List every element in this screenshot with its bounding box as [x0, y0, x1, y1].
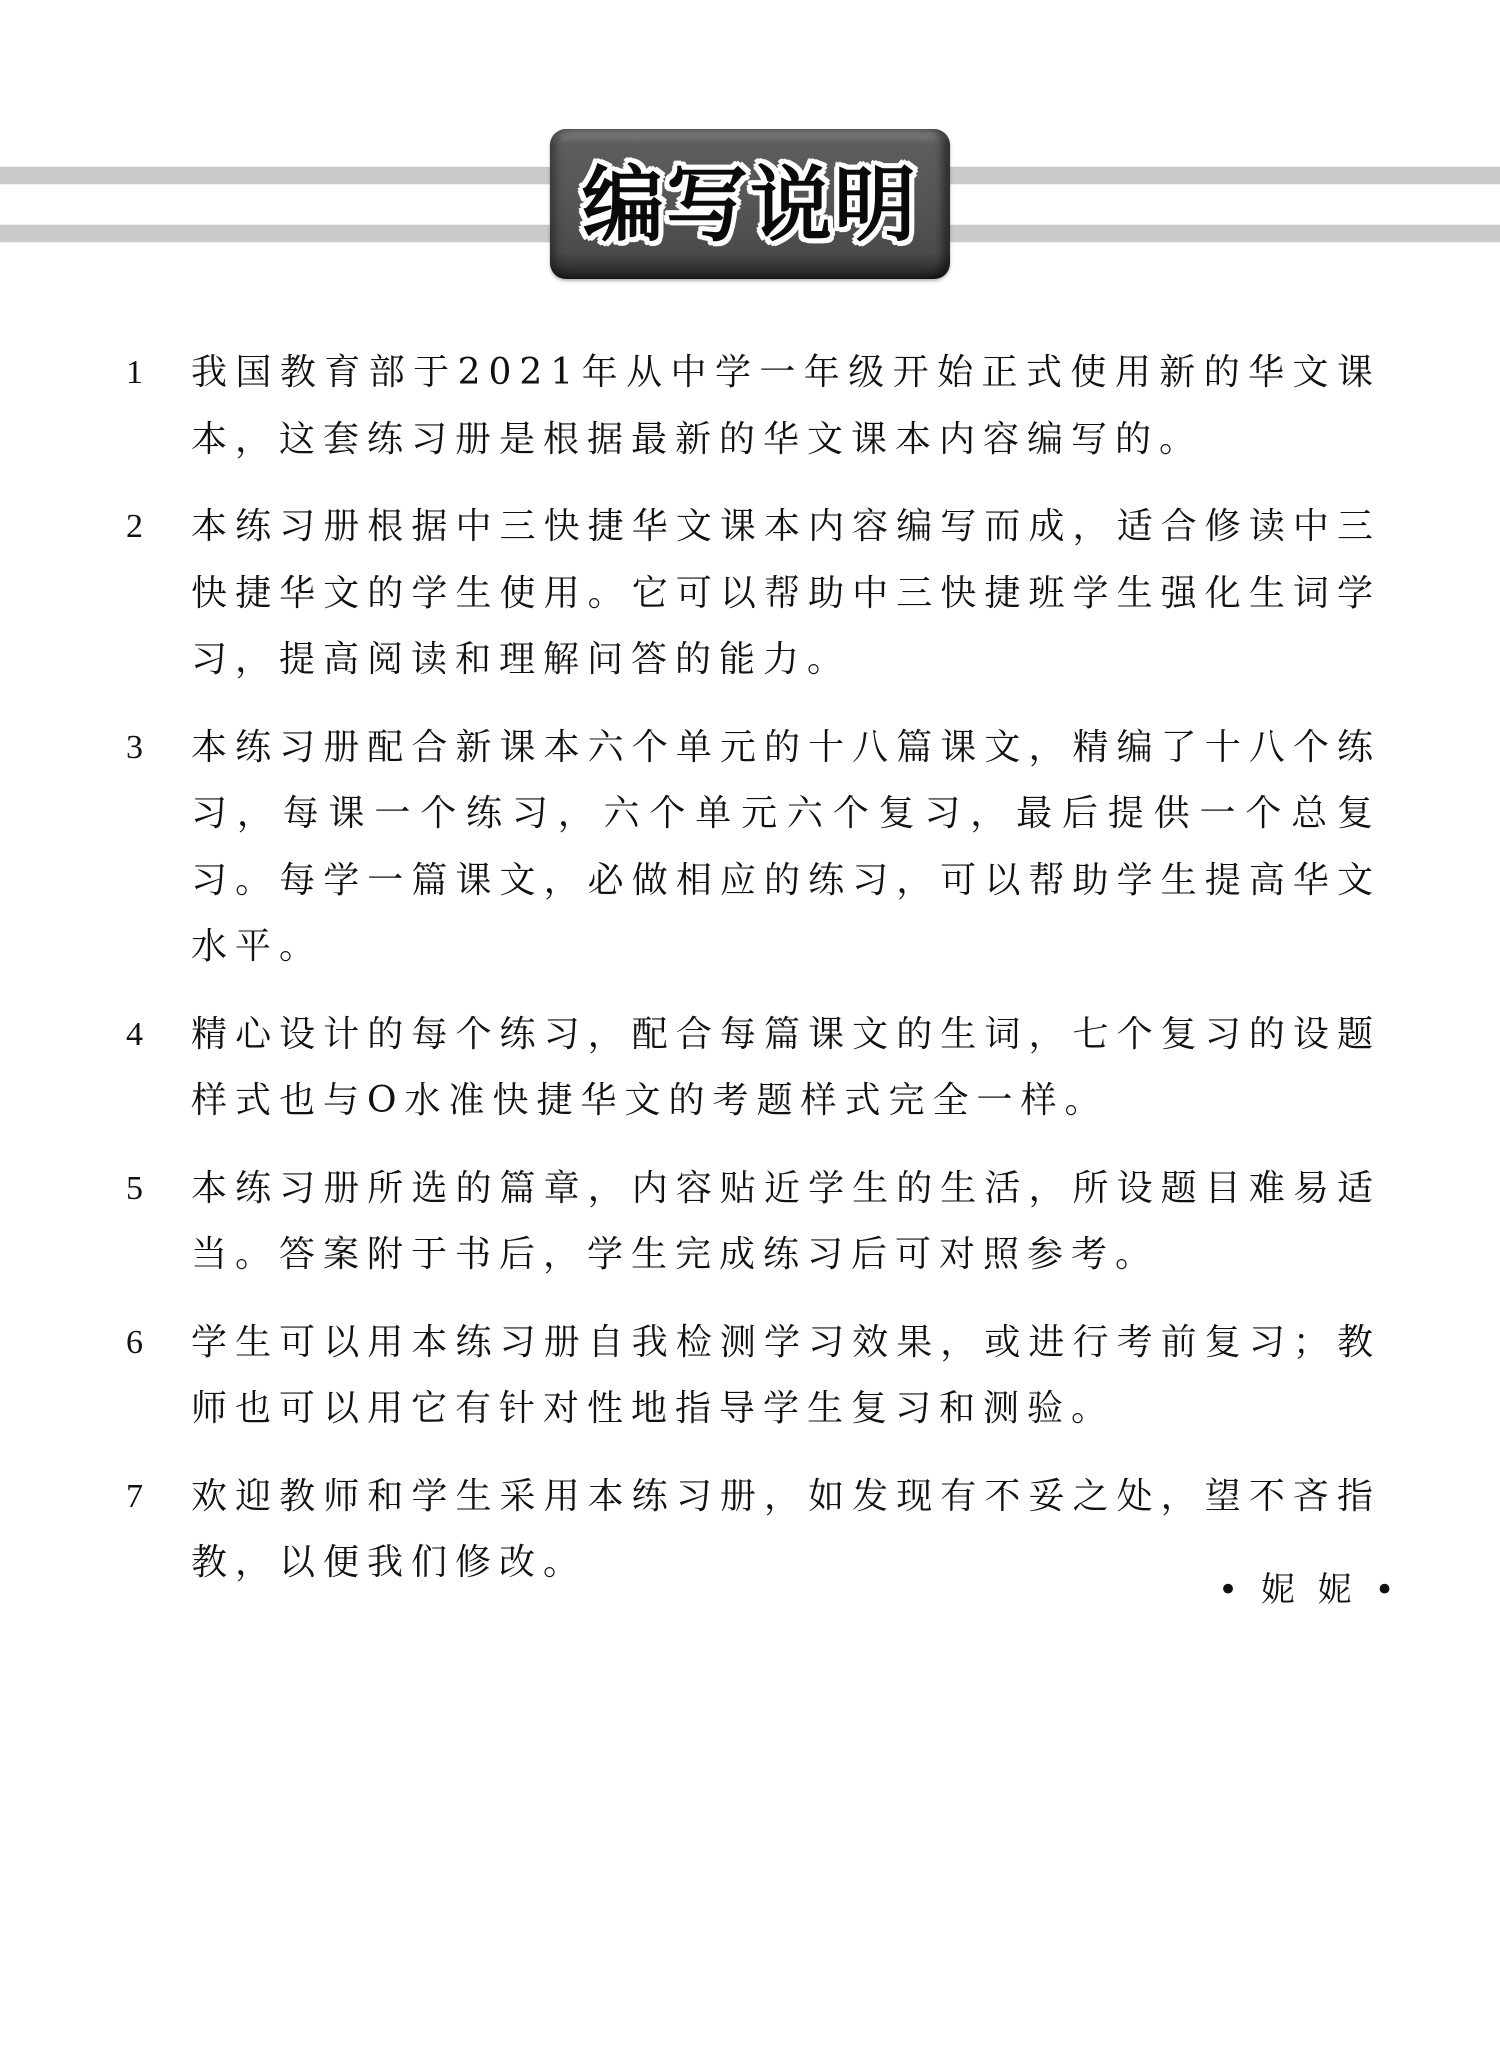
item-text: 我国教育部于2021年从中学一年级开始正式使用新的华文课本，这套练习册是根据最新…	[191, 340, 1381, 473]
item-number: 6	[126, 1310, 143, 1376]
item-number: 2	[126, 494, 143, 560]
item-text: 精心设计的每个练习，配合每篇课文的生词，七个复习的设题样式也与O水准快捷华文的考…	[191, 1002, 1381, 1135]
list-item: 3 本练习册配合新课本六个单元的十八篇课文，精编了十八个练习，每课一个练习，六个…	[0, 715, 1500, 981]
page-title: 编写说明	[582, 165, 918, 247]
item-number: 5	[126, 1156, 143, 1222]
title-banner: 编写说明	[550, 129, 950, 279]
item-text: 本练习册所选的篇章，内容贴近学生的生活，所设题目难易适当。答案附于书后，学生完成…	[191, 1156, 1381, 1289]
item-text: 欢迎教师和学生采用本练习册，如发现有不妥之处，望不吝指教，以便我们修改。	[191, 1464, 1381, 1597]
list-item: 2 本练习册根据中三快捷华文课本内容编写而成，适合修读中三快捷华文的学生使用。它…	[0, 494, 1500, 694]
item-number: 3	[126, 715, 143, 781]
item-number: 7	[126, 1464, 143, 1530]
instruction-list: 1 我国教育部于2021年从中学一年级开始正式使用新的华文课本，这套练习册是根据…	[0, 340, 1500, 1618]
author-signature: • 妮 妮 •	[1218, 1568, 1401, 1612]
list-item: 4 精心设计的每个练习，配合每篇课文的生词，七个复习的设题样式也与O水准快捷华文…	[0, 1002, 1500, 1135]
item-number: 4	[126, 1002, 143, 1068]
item-text: 本练习册配合新课本六个单元的十八篇课文，精编了十八个练习，每课一个练习，六个单元…	[191, 715, 1381, 981]
item-number: 1	[126, 340, 143, 406]
item-text: 本练习册根据中三快捷华文课本内容编写而成，适合修读中三快捷华文的学生使用。它可以…	[191, 494, 1381, 694]
list-item: 6 学生可以用本练习册自我检测学习效果，或进行考前复习；教师也可以用它有针对性地…	[0, 1310, 1500, 1443]
item-text: 学生可以用本练习册自我检测学习效果，或进行考前复习；教师也可以用它有针对性地指导…	[191, 1310, 1381, 1443]
list-item: 5 本练习册所选的篇章，内容贴近学生的生活，所设题目难易适当。答案附于书后，学生…	[0, 1156, 1500, 1289]
list-item: 1 我国教育部于2021年从中学一年级开始正式使用新的华文课本，这套练习册是根据…	[0, 340, 1500, 473]
